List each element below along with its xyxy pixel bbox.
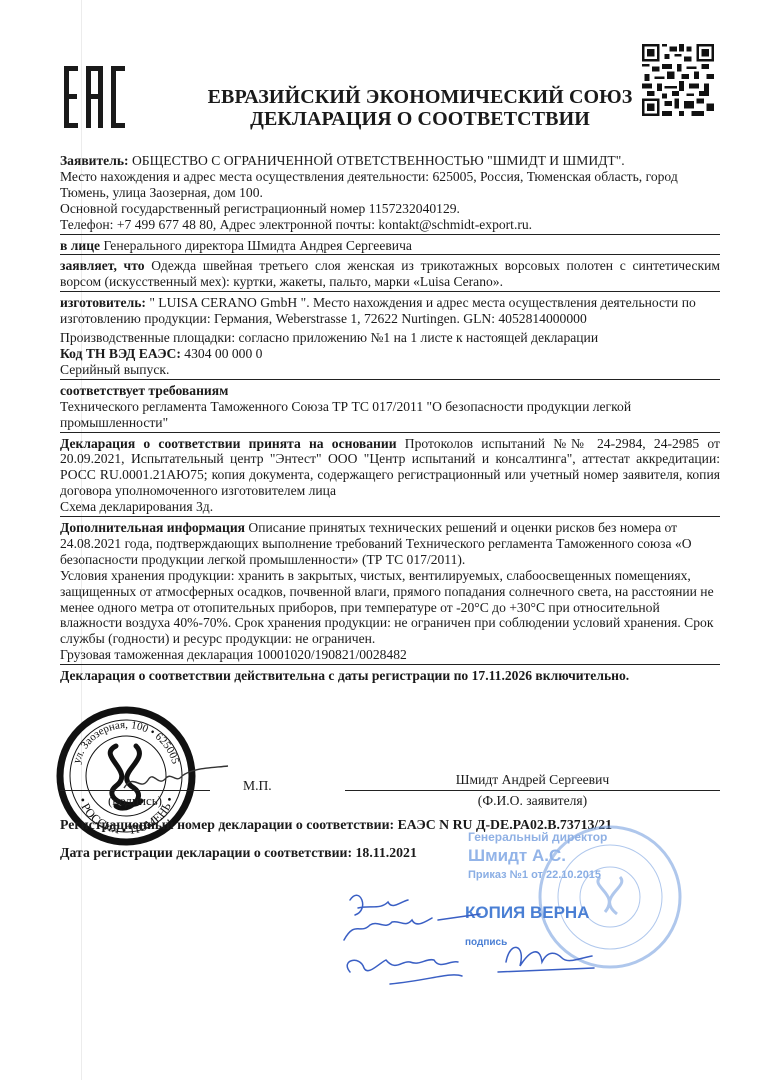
compliance-value: Технического регламента Таможенного Союз… xyxy=(60,399,720,431)
applicant-signature-icon xyxy=(120,762,230,798)
applicant-name: ОБЩЕСТВО С ОГРАНИЧЕННОЙ ОТВЕТСТВЕННОСТЬЮ… xyxy=(129,153,625,168)
title-declaration: ДЕКЛАРАЦИЯ О СООТВЕТСТВИИ xyxy=(205,108,635,130)
registration-date-label: Дата регистрации декларации о соответств… xyxy=(60,845,352,860)
registration-number-label: Регистрационный номер декларации о соотв… xyxy=(60,817,394,832)
applicant-section: Заявитель: ОБЩЕСТВО С ОГРАНИЧЕННОЙ ОТВЕТ… xyxy=(60,153,720,235)
storage-conditions: Условия хранения продукции: хранить в за… xyxy=(60,568,720,648)
copy-director-name: Шмидт А.С. xyxy=(468,846,566,866)
declaration-body: Заявитель: ОБЩЕСТВО С ОГРАНИЧЕННОЙ ОТВЕТ… xyxy=(60,153,720,688)
signer-name: Шмидт Андрей Сергеевич xyxy=(345,772,720,788)
applicant-ogrn: Основной государственный регистрационный… xyxy=(60,201,720,217)
compliance-label: соответствует требованиям xyxy=(60,383,720,399)
manufacturer-label: изготовитель: xyxy=(60,295,146,310)
declares-label: заявляет, что xyxy=(60,258,145,273)
tn-ved-value: 4304 00 000 0 xyxy=(181,346,263,361)
basis-label: Декларация о соответствии принята на осн… xyxy=(60,436,397,451)
declares-section: заявляет, что Одежда швейная третьего сл… xyxy=(60,258,720,292)
applicant-contacts: Телефон: +7 499 677 48 80, Адрес электро… xyxy=(60,217,720,233)
additional-info-section: Дополнительная информация Описание приня… xyxy=(60,520,720,665)
additional-label: Дополнительная информация xyxy=(60,520,245,535)
signer-name-line xyxy=(345,790,720,791)
declares-value: Одежда швейная третьего слоя женская из … xyxy=(60,258,720,289)
release-type: Серийный выпуск. xyxy=(60,362,720,378)
declaration-scheme: Схема декларирования 3д. xyxy=(60,499,720,515)
manufacturer-sites: Производственные площадки: согласно прил… xyxy=(60,330,720,346)
stamp-place-label: М.П. xyxy=(243,778,272,794)
customs-declaration: Грузовая таможенная декларация 10001020/… xyxy=(60,647,720,663)
eac-logo-icon xyxy=(64,66,126,128)
registration-date-value: 18.11.2021 xyxy=(352,845,417,860)
representative-section: в лице Генерального директора Шмидта Анд… xyxy=(60,238,720,256)
compliance-section: соответствует требованиям Технического р… xyxy=(60,383,720,433)
document-title: ЕВРАЗИЙСКИЙ ЭКОНОМИЧЕСКИЙ СОЮЗ ДЕКЛАРАЦИ… xyxy=(205,86,635,130)
signer-caption: (Ф.И.О. заявителя) xyxy=(345,793,720,809)
representative-value: Генерального директора Шмидта Андрея Сер… xyxy=(100,238,412,253)
copy-director-title: Генеральный директор xyxy=(468,830,607,844)
validity-statement: Декларация о соответствии действительна … xyxy=(60,668,720,685)
manufacturer-section: изготовитель: " LUISA CERANO GmbH ". Мес… xyxy=(60,295,720,380)
qr-code-icon[interactable] xyxy=(642,42,714,118)
title-union: ЕВРАЗИЙСКИЙ ЭКОНОМИЧЕСКИЙ СОЮЗ xyxy=(205,86,635,108)
applicant-address: Место нахождения и адрес места осуществл… xyxy=(60,169,720,201)
applicant-label: Заявитель: xyxy=(60,153,129,168)
basis-section: Декларация о соответствии принята на осн… xyxy=(60,436,720,518)
signature-row: (подпись) М.П. Шмидт Андрей Сергеевич (Ф… xyxy=(60,770,720,810)
handwritten-certification-icon xyxy=(330,880,600,990)
tn-ved-label: Код ТН ВЭД ЕАЭС: xyxy=(60,346,181,361)
manufacturer-value: " LUISA CERANO GmbH ". Место нахождения … xyxy=(60,295,696,326)
representative-label: в лице xyxy=(60,238,100,253)
